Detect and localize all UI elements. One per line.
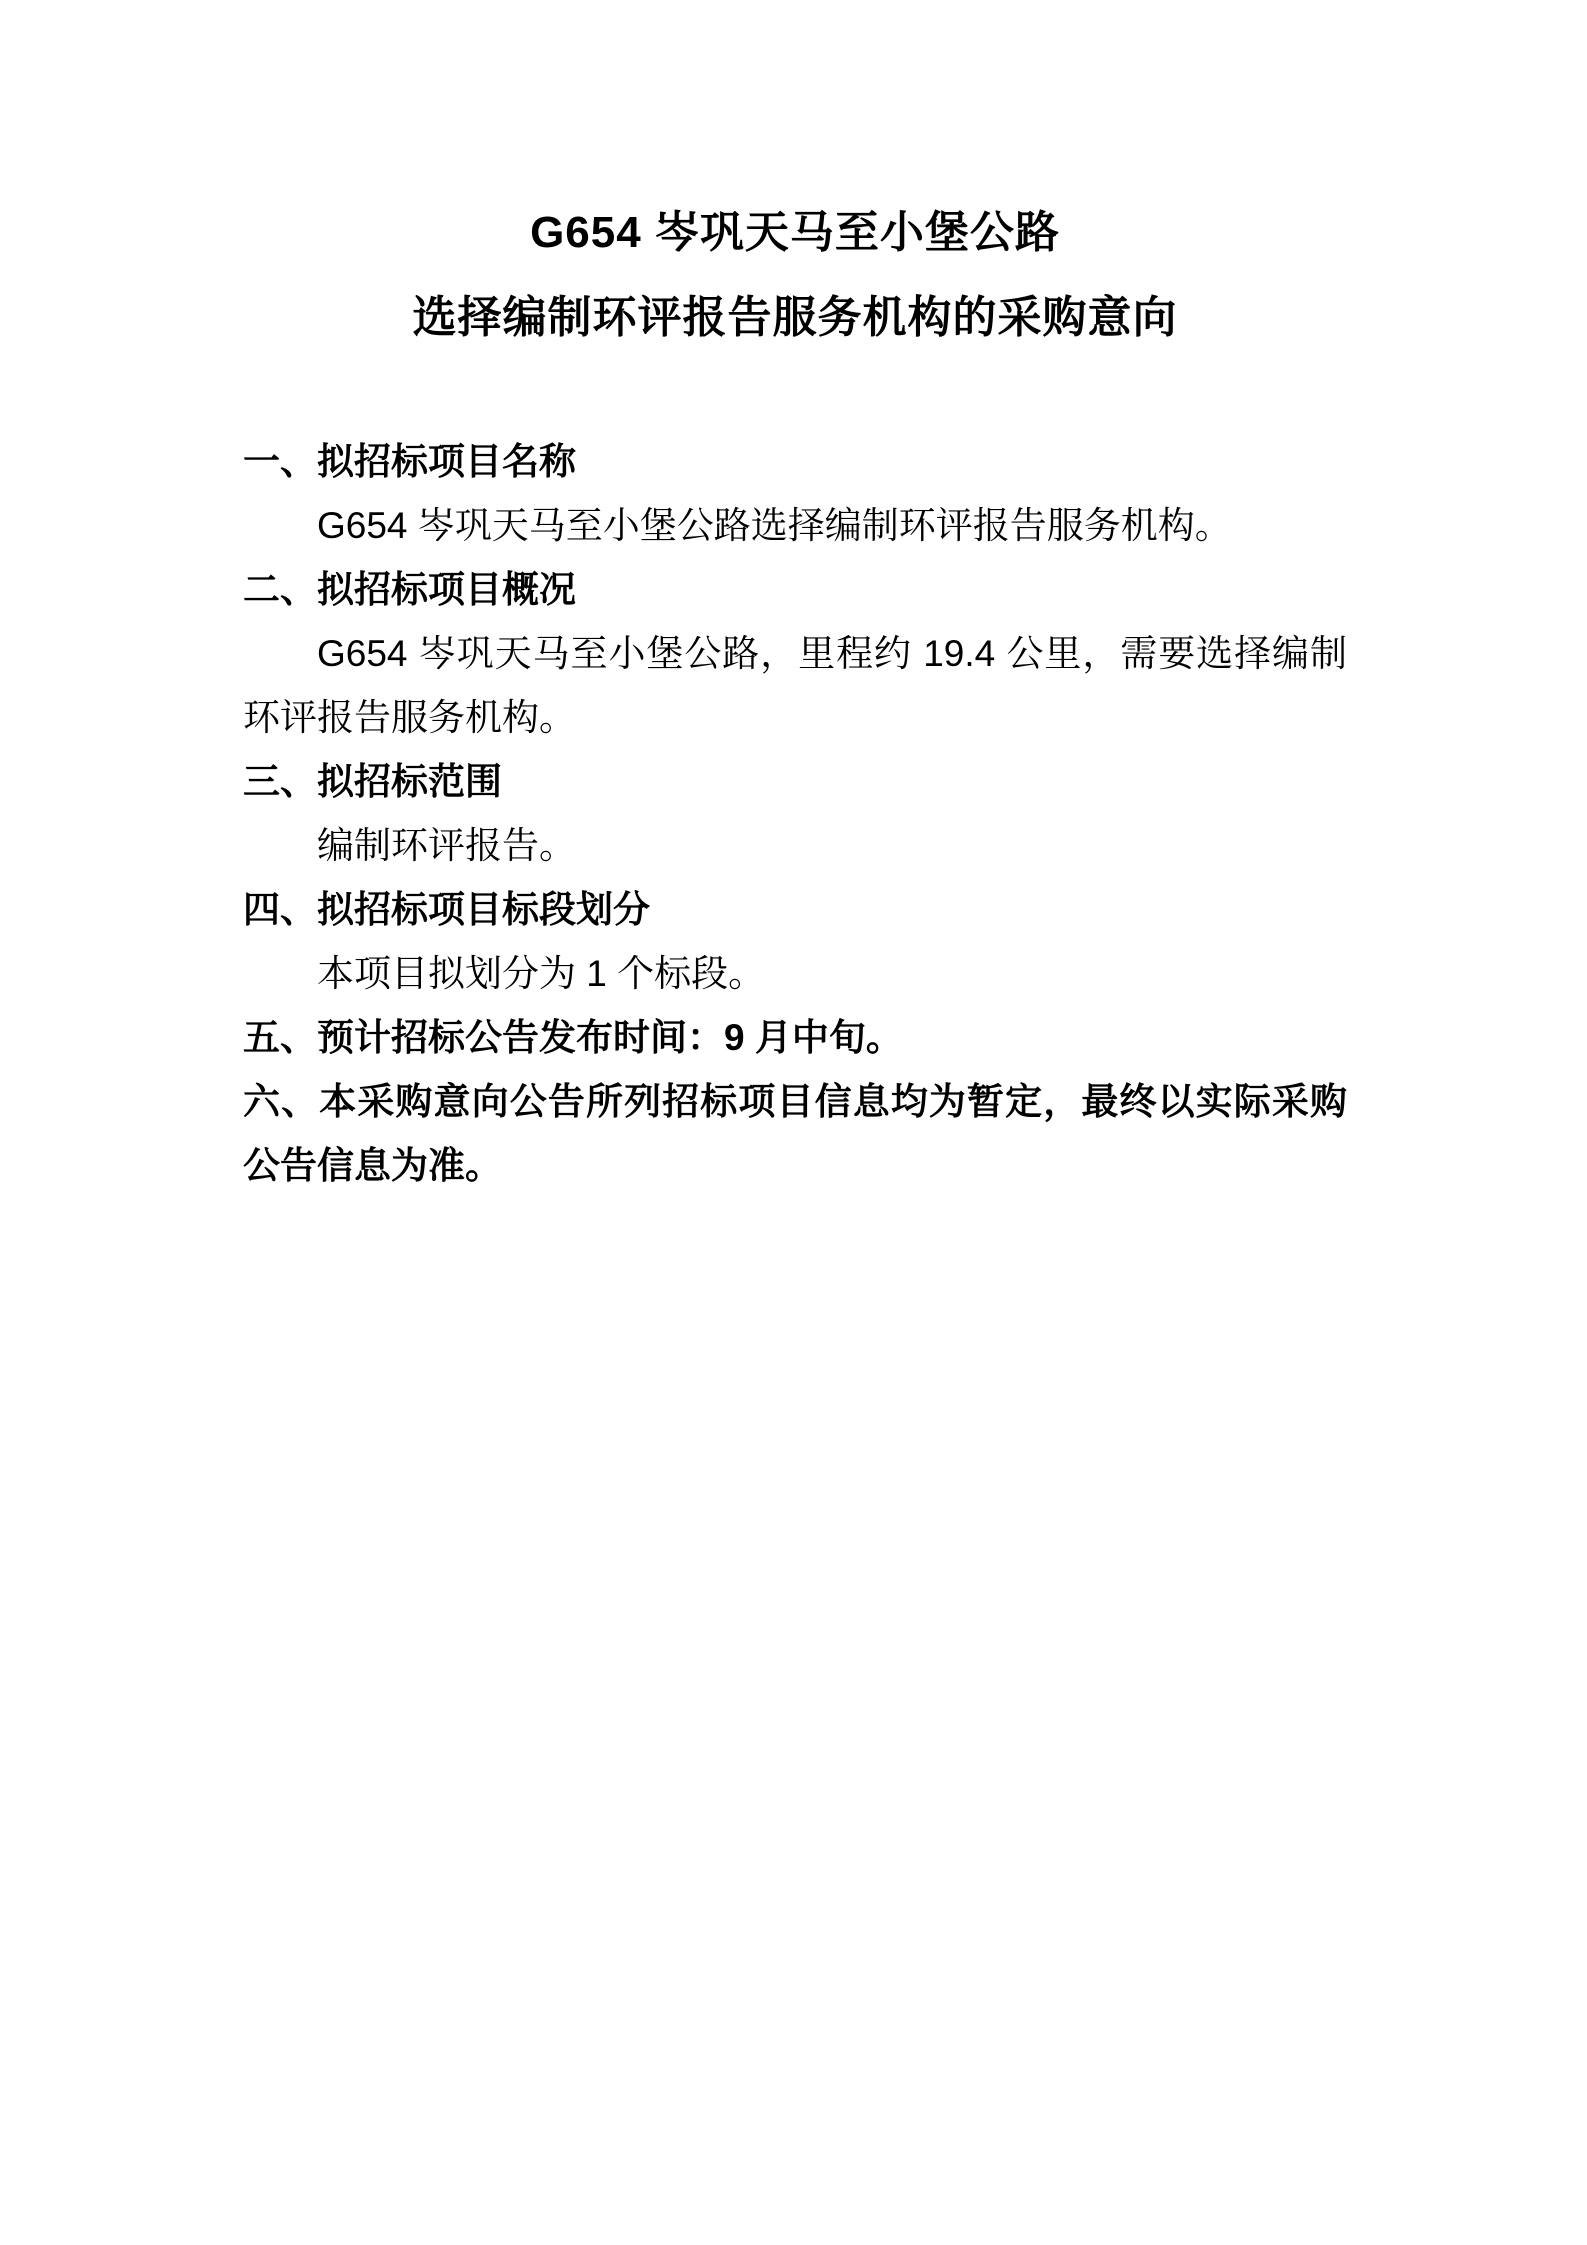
section-2-heading: 二、拟招标项目概况 (243, 558, 1347, 622)
section-2-body: G654 岑巩天马至小堡公路，里程约 19.4 公里，需要选择编制环评报告服务机… (243, 622, 1347, 750)
section-3-heading: 三、拟招标范围 (243, 750, 1347, 814)
document-title: G654 岑巩天马至小堡公路 选择编制环评报告服务机构的采购意向 (243, 190, 1347, 360)
title-line-2: 选择编制环评报告服务机构的采购意向 (243, 275, 1347, 360)
document-body: 一、拟招标项目名称 G654 岑巩天马至小堡公路选择编制环评报告服务机构。 二、… (243, 430, 1347, 1198)
section-5: 五、预计招标公告发布时间：9 月中旬。 (243, 1006, 1347, 1070)
document-page: G654 岑巩天马至小堡公路 选择编制环评报告服务机构的采购意向 一、拟招标项目… (0, 0, 1587, 2245)
section-1: 一、拟招标项目名称 G654 岑巩天马至小堡公路选择编制环评报告服务机构。 (243, 430, 1347, 558)
section-2: 二、拟招标项目概况 G654 岑巩天马至小堡公路，里程约 19.4 公里，需要选… (243, 558, 1347, 750)
section-6: 六、本采购意向公告所列招标项目信息均为暂定，最终以实际采购公告信息为准。 (243, 1070, 1347, 1198)
section-3-body: 编制环评报告。 (243, 814, 1347, 878)
section-4-heading: 四、拟招标项目标段划分 (243, 878, 1347, 942)
title-line-1: G654 岑巩天马至小堡公路 (243, 190, 1347, 275)
section-4: 四、拟招标项目标段划分 本项目拟划分为 1 个标段。 (243, 878, 1347, 1006)
section-6-heading: 六、本采购意向公告所列招标项目信息均为暂定，最终以实际采购公告信息为准。 (243, 1070, 1347, 1198)
section-1-heading: 一、拟招标项目名称 (243, 430, 1347, 494)
section-4-body: 本项目拟划分为 1 个标段。 (243, 942, 1347, 1006)
section-5-heading: 五、预计招标公告发布时间：9 月中旬。 (243, 1006, 1347, 1070)
section-1-body: G654 岑巩天马至小堡公路选择编制环评报告服务机构。 (243, 494, 1347, 558)
section-3: 三、拟招标范围 编制环评报告。 (243, 750, 1347, 878)
